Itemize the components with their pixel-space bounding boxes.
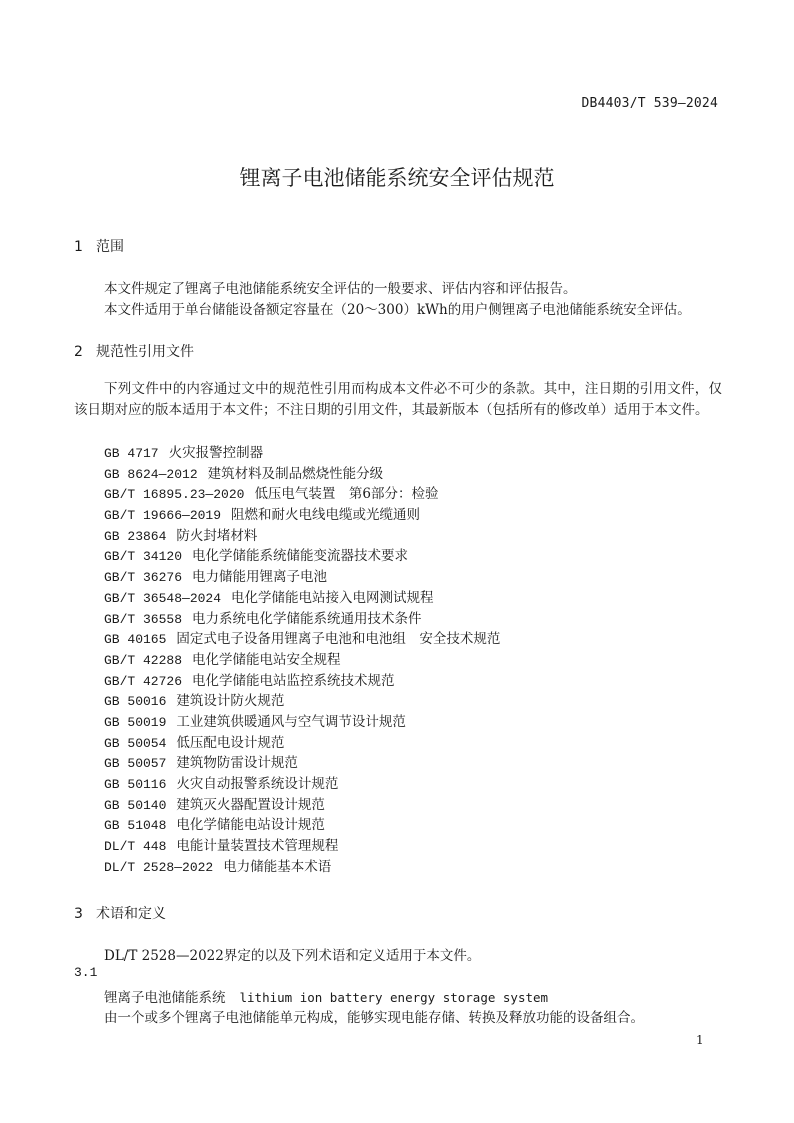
section-number: 2 (74, 344, 96, 360)
reference-code: GB 50019 (104, 715, 166, 730)
reference-item: GB/T 34120电化学储能系统储能变流器技术要求 (104, 546, 500, 567)
reference-item: GB/T 42726电化学储能电站监控系统技术规范 (104, 671, 500, 692)
section-title: 术语和定义 (96, 906, 166, 922)
reference-item: GB 50054低压配电设计规范 (104, 733, 500, 754)
section-number: 3 (74, 906, 96, 922)
reference-item: GB 50140建筑灭火器配置设计规范 (104, 795, 500, 816)
document-title: 锂离子电池储能系统安全评估规范 (0, 162, 794, 192)
term-definition: 由一个或多个锂离子电池储能单元构成，能够实现电能存储、转换及释放功能的设备组合。 (104, 1006, 644, 1026)
reference-item: DL/T 2528—2022电力储能基本术语 (104, 857, 500, 878)
scope-paragraph-1: 本文件规定了锂离子电池储能系统安全评估的一般要求、评估内容和评估报告。 (104, 277, 577, 297)
reference-item: GB/T 36276电力储能用锂离子电池 (104, 567, 500, 588)
reference-code: GB/T 36558 (104, 612, 182, 627)
reference-item: GB 40165固定式电子设备用锂离子电池和电池组 安全技术规范 (104, 629, 500, 650)
reference-code: GB/T 42726 (104, 674, 182, 689)
reference-name: 电化学储能电站监控系统技术规范 (192, 673, 395, 689)
page-number: 1 (696, 1033, 704, 1047)
reference-code: GB 4717 (104, 446, 159, 461)
reference-name: 建筑设计防火规范 (176, 693, 284, 709)
reference-item: GB 50057建筑物防雷设计规范 (104, 753, 500, 774)
reference-item: GB/T 36548—2024电化学储能电站接入电网测试规程 (104, 588, 500, 609)
reference-name: 建筑材料及制品燃烧性能分级 (208, 466, 384, 482)
reference-item: GB/T 16895.23—2020低压电气装置 第6部分：检验 (104, 484, 500, 505)
term-number: 3.1 (74, 965, 97, 980)
reference-name: 工业建筑供暖通风与空气调节设计规范 (176, 714, 406, 730)
reference-code: GB 23864 (104, 529, 166, 544)
reference-name: 阻燃和耐火电线电缆或光缆通则 (231, 507, 420, 523)
reference-code: GB 50016 (104, 694, 166, 709)
reference-name: 低压配电设计规范 (176, 735, 284, 751)
reference-code: GB/T 34120 (104, 549, 182, 564)
reference-item: GB 50116火灾自动报警系统设计规范 (104, 774, 500, 795)
reference-item: GB 51048电化学储能电站设计规范 (104, 815, 500, 836)
reference-code: GB 40165 (104, 632, 166, 647)
reference-code: GB/T 19666—2019 (104, 508, 221, 523)
reference-item: DL/T 448电能计量装置技术管理规程 (104, 836, 500, 857)
reference-code: GB 50057 (104, 756, 166, 771)
reference-item: GB 50019工业建筑供暖通风与空气调节设计规范 (104, 712, 500, 733)
section-heading-scope: 1范围 (74, 236, 124, 256)
reference-name: 电化学储能电站接入电网测试规程 (231, 590, 434, 606)
reference-name: 电力储能基本术语 (223, 859, 331, 875)
reference-code: GB/T 16895.23—2020 (104, 487, 244, 502)
reference-item: GB/T 42288电化学储能电站安全规程 (104, 650, 500, 671)
reference-code: GB/T 42288 (104, 653, 182, 668)
reference-name: 火灾报警控制器 (169, 445, 264, 461)
reference-name: 建筑物防雷设计规范 (176, 755, 298, 771)
reference-code: GB/T 36276 (104, 570, 182, 585)
term-entry-heading: 锂离子电池储能系统lithium ion battery energy stor… (104, 986, 548, 1006)
reference-code: GB 50140 (104, 798, 166, 813)
reference-name: 固定式电子设备用锂离子电池和电池组 安全技术规范 (176, 631, 500, 647)
reference-code: GB 51048 (104, 818, 166, 833)
reference-name: 电力系统电化学储能系统通用技术条件 (192, 611, 422, 627)
standard-number: DB4403/T 539—2024 (582, 96, 718, 111)
reference-code: GB 50054 (104, 736, 166, 751)
section-title: 规范性引用文件 (96, 344, 194, 360)
reference-name: 电能计量装置技术管理规程 (176, 838, 338, 854)
term-chinese: 锂离子电池储能系统 (104, 990, 226, 1006)
section-heading-terms: 3术语和定义 (74, 903, 166, 923)
reference-name: 电化学储能电站安全规程 (192, 652, 341, 668)
reference-name: 防火封堵材料 (176, 528, 257, 544)
reference-item: GB 8624—2012建筑材料及制品燃烧性能分级 (104, 464, 500, 485)
reference-name: 低压电气装置 第6部分：检验 (254, 486, 438, 502)
reference-code: GB 8624—2012 (104, 467, 198, 482)
reference-code: GB 50116 (104, 777, 166, 792)
term-english: lithium ion battery energy storage syste… (240, 990, 549, 1005)
terms-intro: DL/T 2528—2022界定的以及下列术语和定义适用于本文件。 (104, 944, 480, 964)
reference-item: GB 50016建筑设计防火规范 (104, 691, 500, 712)
section-title: 范围 (96, 239, 124, 255)
reference-item: GB/T 19666—2019阻燃和耐火电线电缆或光缆通则 (104, 505, 500, 526)
reference-item: GB 4717火灾报警控制器 (104, 443, 500, 464)
scope-paragraph-2: 本文件适用于单台储能设备额定容量在（20～300）kWh的用户侧锂离子电池储能系… (104, 298, 691, 318)
reference-code: DL/T 448 (104, 839, 166, 854)
section-heading-normative-references: 2规范性引用文件 (74, 341, 194, 361)
reference-code: GB/T 36548—2024 (104, 591, 221, 606)
reference-name: 电化学储能系统储能变流器技术要求 (192, 548, 408, 564)
normative-references-intro: 下列文件中的内容通过文中的规范性引用而构成本文件必不可少的条款。其中，注日期的引… (74, 379, 722, 420)
reference-list: GB 4717火灾报警控制器 GB 8624—2012建筑材料及制品燃烧性能分级… (104, 443, 500, 877)
section-number: 1 (74, 239, 96, 255)
reference-item: GB 23864防火封堵材料 (104, 526, 500, 547)
reference-name: 电力储能用锂离子电池 (192, 569, 327, 585)
reference-name: 火灾自动报警系统设计规范 (176, 776, 338, 792)
reference-item: GB/T 36558电力系统电化学储能系统通用技术条件 (104, 609, 500, 630)
reference-name: 建筑灭火器配置设计规范 (176, 797, 325, 813)
reference-code: DL/T 2528—2022 (104, 860, 213, 875)
reference-name: 电化学储能电站设计规范 (176, 817, 325, 833)
